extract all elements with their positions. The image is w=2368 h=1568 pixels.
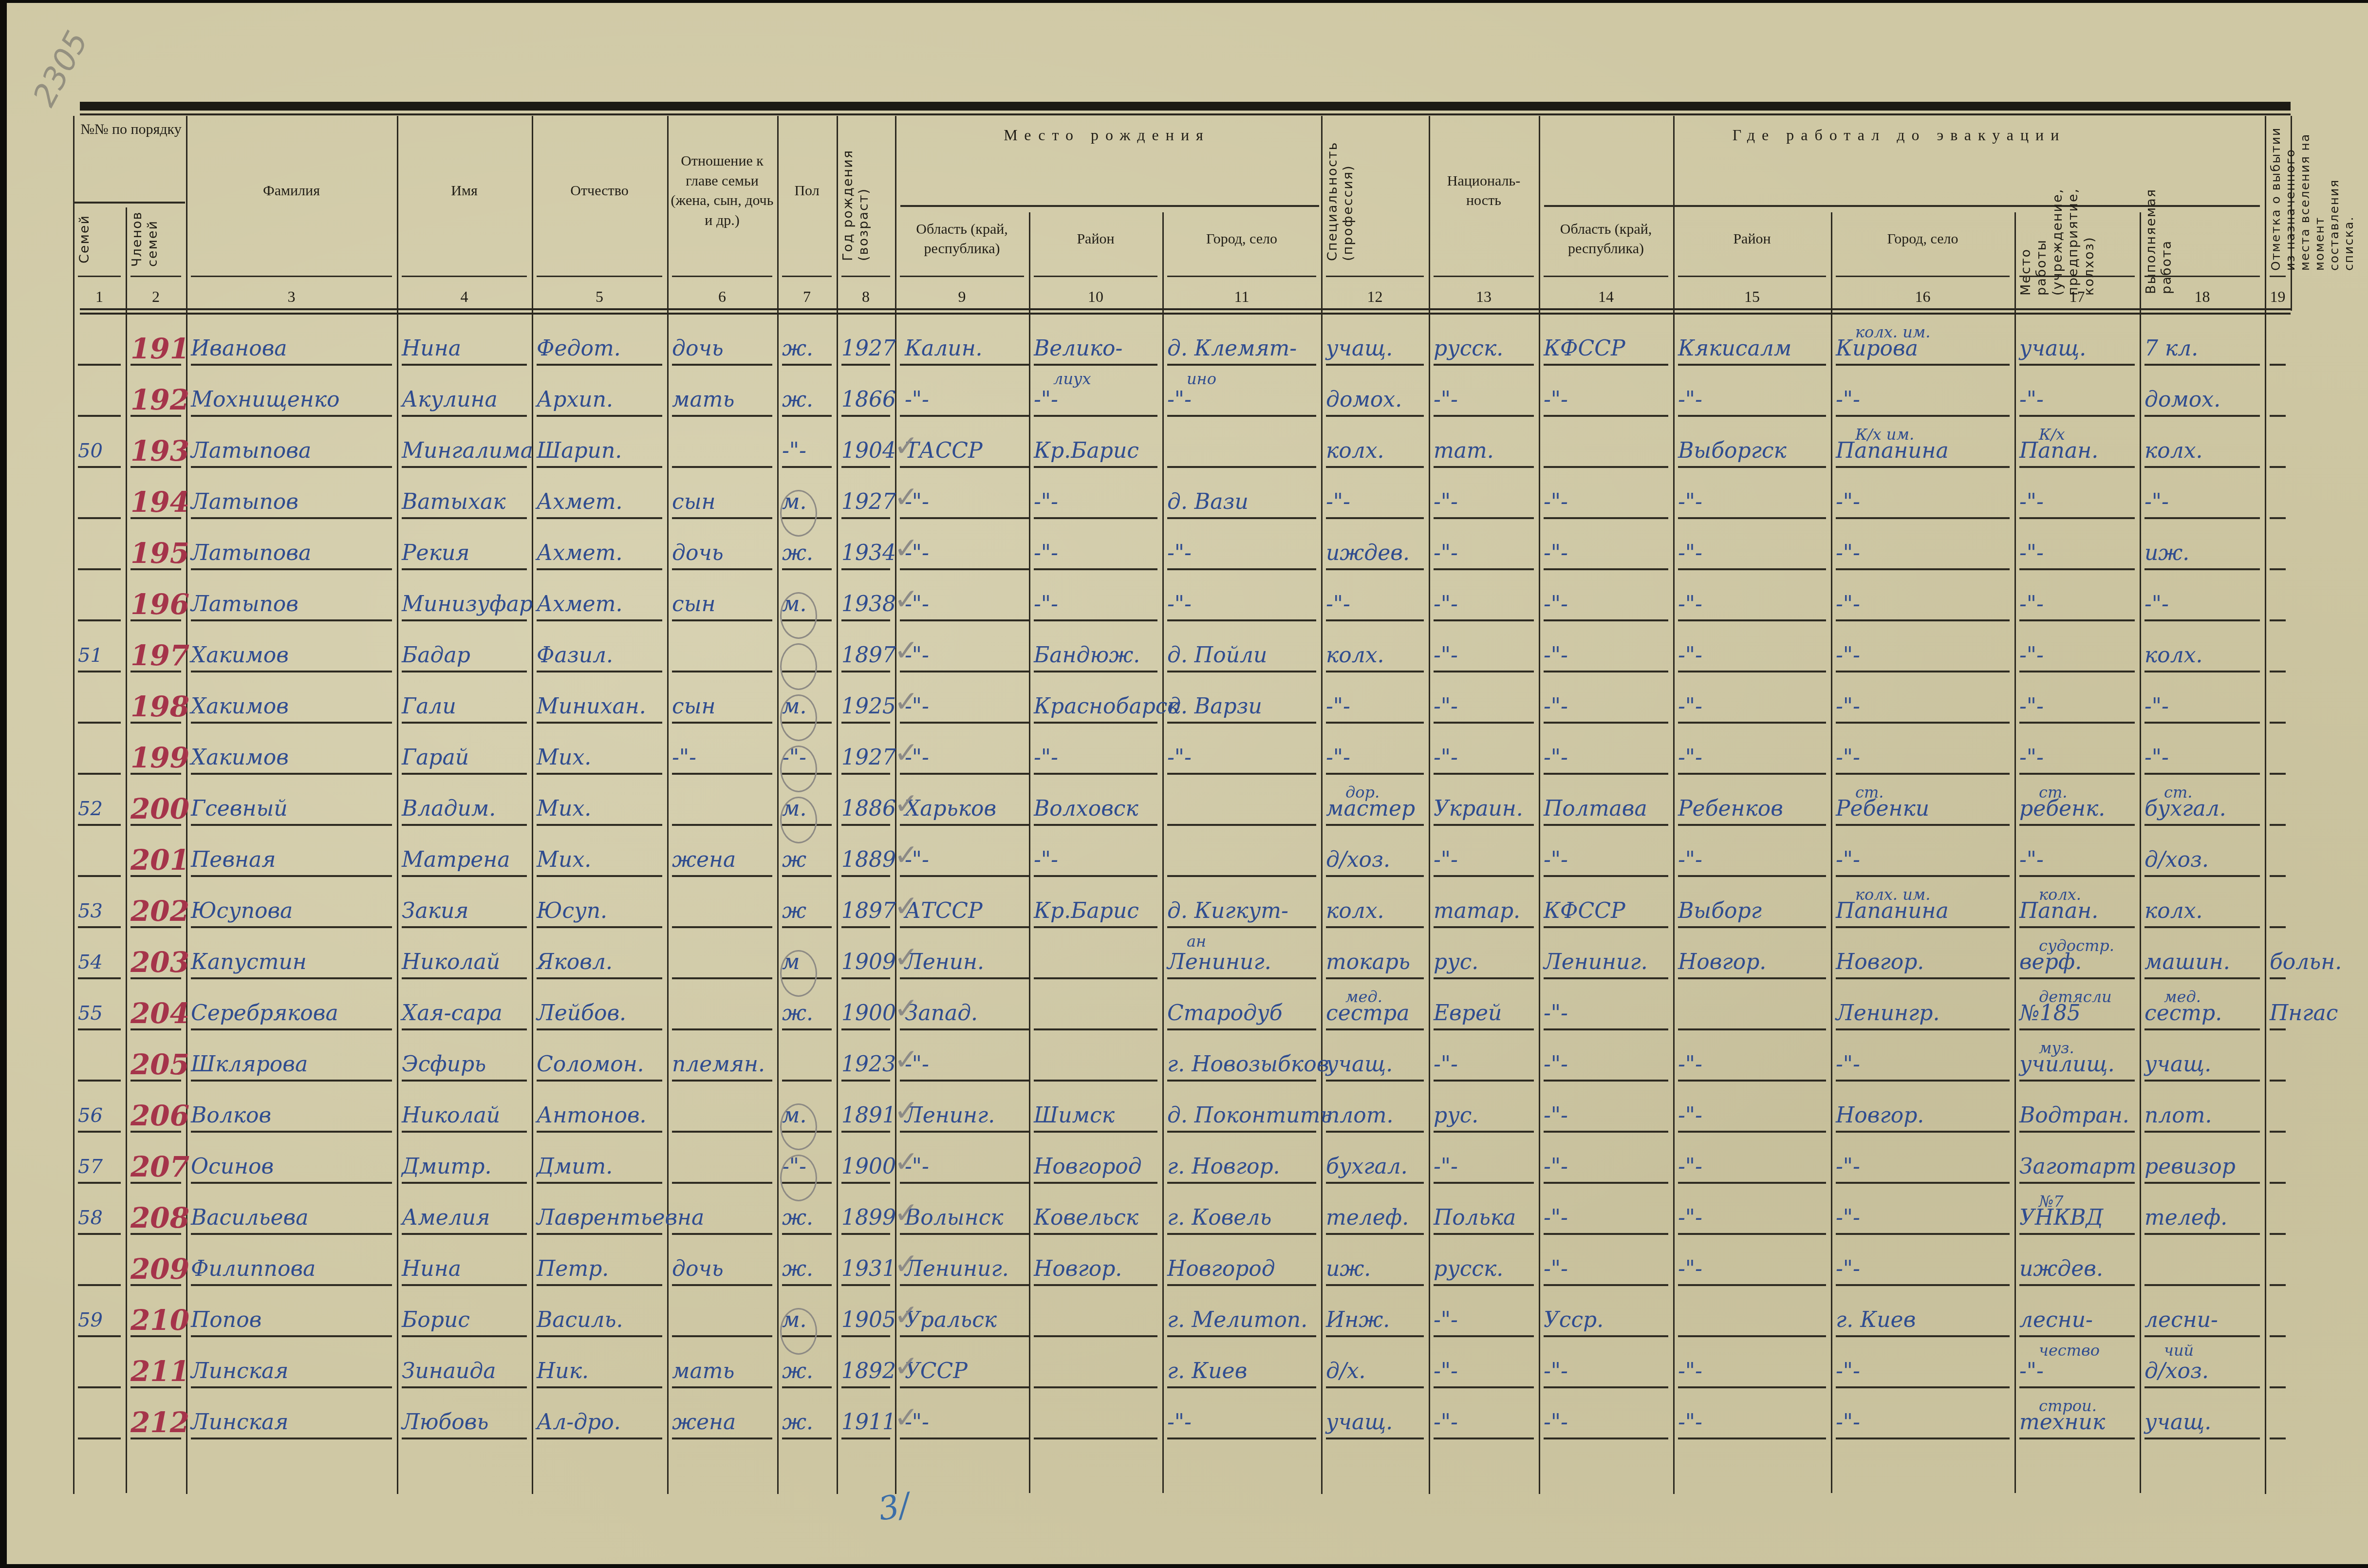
birth-town-text: г. Новозыбков — [1167, 1052, 1329, 1077]
work-town-annotation: ст. — [1855, 778, 1883, 806]
birth-region-cell: -"-✓ — [900, 692, 1029, 724]
workplace-text: -"- — [2019, 541, 2044, 565]
birth-year-text: 1938 — [841, 592, 896, 616]
birth-district-text: -"- — [1034, 592, 1058, 616]
column-number-15: 15 — [1673, 288, 1831, 306]
work-region-cell: -"- — [1544, 488, 1668, 519]
birth-district-cell: -"- — [1034, 846, 1157, 877]
work-region-text: -"- — [1544, 1154, 1568, 1179]
patronymic-cell: Федот. — [537, 335, 662, 366]
job-cell: 7 кл. — [2144, 335, 2260, 366]
birth-year-text: 1904 — [841, 438, 896, 463]
patronymic-text: Василь. — [537, 1307, 623, 1332]
relation-text: жена — [672, 1410, 736, 1435]
family-number-cell: 50 — [78, 437, 121, 468]
work-district-cell: -"- — [1678, 386, 1826, 417]
job-text: машин. — [2144, 950, 2230, 974]
sex-cell: ж — [782, 897, 832, 928]
departure-note-cell — [2270, 488, 2286, 519]
birth-town-cell: д. Кигкут-ан — [1167, 897, 1316, 928]
nationality-text: -"- — [1434, 489, 1458, 514]
pencil-check-icon: ✓ — [894, 892, 918, 920]
first-name-text: Николай — [402, 950, 500, 974]
work-district-text: Выборгск — [1678, 438, 1787, 463]
workplace-text: Заготарт — [2019, 1154, 2136, 1179]
birth-district-cell — [1034, 999, 1157, 1030]
workplace-annotation: колх. — [2039, 880, 2081, 909]
workplace-text: -"- — [2019, 387, 2044, 412]
work-district-cell: -"- — [1678, 846, 1826, 877]
sex-cell: ж. — [782, 386, 832, 417]
surname-text: Юсупова — [191, 898, 293, 923]
birth-district-text: Кр.Барис — [1034, 898, 1139, 923]
surname-text: Певная — [191, 847, 276, 872]
column-header-10: Район — [1032, 212, 1159, 266]
pencil-check-icon: ✓ — [894, 943, 918, 971]
first-name-cell: Николай — [402, 948, 527, 979]
job-cell: колх. — [2144, 437, 2260, 468]
work-region-cell: -"- — [1544, 386, 1668, 417]
member-number-text: 194 — [131, 485, 189, 519]
birth-town-cell: д. Поконтить — [1167, 1101, 1316, 1133]
surname-cell: Хакимов — [191, 692, 392, 724]
birth-district-cell: -"- — [1034, 386, 1157, 417]
birth-town-text: д. Поконтить — [1167, 1103, 1332, 1128]
family-number-cell: 55 — [78, 999, 121, 1030]
nationality-text: -"- — [1434, 1154, 1458, 1179]
work-district-text: Выборг — [1678, 898, 1762, 923]
relation-cell — [672, 1153, 772, 1184]
specialty-text: -"- — [1326, 592, 1350, 616]
first-name-cell: Нина — [402, 335, 527, 366]
workplace-text: -"- — [2019, 592, 2044, 616]
patronymic-text: Лейбов. — [537, 1001, 626, 1026]
work-town-cell: -"- — [1836, 488, 2010, 519]
birth-year-cell: 1886 — [841, 795, 890, 826]
work-town-cell: ПапанинаК/х им. — [1836, 437, 2010, 468]
column-header-18: Выполняемая работа — [2144, 222, 2261, 261]
birth-year-text: 1886 — [841, 796, 896, 821]
census-sheet: 2305 №№ по порядкуМесто рожденияГде рабо… — [7, 3, 2368, 1566]
work-region-cell: -"- — [1544, 1050, 1668, 1082]
table-row: 191ИвановаНинаФедот.дочьж.1927Калин.Вели… — [7, 319, 2218, 371]
member-number-cell: 191 — [131, 335, 181, 366]
sex-cell: ж. — [782, 539, 832, 570]
specialty-text: учащ. — [1326, 1410, 1393, 1435]
pencil-check-icon: ✓ — [894, 483, 918, 511]
nationality-text: рус. — [1434, 950, 1478, 974]
work-district-cell: -"- — [1678, 1153, 1826, 1184]
member-number-text: 211 — [131, 1355, 189, 1388]
job-cell: машин. — [2144, 948, 2260, 979]
birth-district-cell: Кр.Барис — [1034, 897, 1157, 928]
job-cell: плот. — [2144, 1101, 2260, 1133]
relation-cell: племян. — [672, 1050, 772, 1082]
birth-region-cell: -"-✓ — [900, 539, 1029, 570]
table-row: 56206ВолковНиколайАнтонов.м.1891Ленинг.✓… — [7, 1086, 2218, 1138]
relation-cell: мать — [672, 386, 772, 417]
work-town-text: -"- — [1836, 541, 1860, 565]
birth-region-cell: Лениниг.✓ — [900, 1255, 1029, 1286]
job-cell: -"- — [2144, 590, 2260, 621]
specialty-text: плот. — [1326, 1103, 1394, 1128]
relation-cell: сын — [672, 488, 772, 519]
birth-year-cell: 1904 — [841, 437, 890, 468]
column-header-rule — [2144, 276, 2260, 277]
workplace-text: -"- — [2019, 694, 2044, 719]
job-cell: сестр.мед. — [2144, 999, 2260, 1030]
relation-cell — [672, 999, 772, 1030]
birth-town-text: -"- — [1167, 745, 1192, 770]
job-cell: учащ. — [2144, 1050, 2260, 1082]
sex-cell: м — [782, 948, 832, 979]
column-number-12: 12 — [1321, 288, 1429, 306]
member-number-cell: 197 — [131, 641, 181, 672]
birth-town-cell: -"- — [1167, 1408, 1316, 1439]
work-district-text: -"- — [1678, 1359, 1702, 1383]
workplace-text: -"- — [2019, 489, 2044, 514]
nationality-text: -"- — [1434, 592, 1458, 616]
first-name-text: Рекия — [402, 541, 469, 565]
first-name-text: Закия — [402, 898, 468, 923]
family-number-cell — [78, 335, 121, 366]
work-town-annotation: колх. им. — [1855, 880, 1930, 909]
job-text: телеф. — [2144, 1205, 2227, 1230]
sex-cell: м. — [782, 795, 832, 826]
birth-town-text: Лениниг. — [1167, 950, 1271, 974]
departure-note-cell — [2270, 1408, 2286, 1439]
sex-cell: ж. — [782, 1357, 832, 1388]
job-text: плот. — [2144, 1103, 2212, 1128]
work-town-text: -"- — [1836, 1205, 1860, 1230]
relation-cell — [672, 1101, 772, 1133]
patronymic-cell: Лаврентьевна — [537, 1204, 662, 1235]
group-rule — [73, 202, 185, 204]
family-number-cell — [78, 846, 121, 877]
nationality-cell: -"- — [1434, 692, 1534, 724]
specialty-cell: телеф. — [1326, 1204, 1424, 1235]
work-region-text: -"- — [1544, 1103, 1568, 1128]
table-row: 211ЛинскаяЗинаидаНик.матьж.1892УССР✓г. К… — [7, 1342, 2218, 1393]
family-number-cell: 51 — [78, 641, 121, 672]
column-number-2: 2 — [126, 288, 186, 306]
job-text: домох. — [2144, 387, 2220, 412]
table-row: 212ЛинскаяЛюбовьАл-дро.женаж.1911-"-✓-"-… — [7, 1393, 2218, 1444]
specialty-cell: д/х. — [1326, 1357, 1424, 1388]
member-number-text: 192 — [131, 383, 189, 416]
column-header-13: Националь-ность — [1432, 116, 1536, 266]
work-district-cell: -"- — [1678, 1255, 1826, 1286]
member-number-text: 206 — [131, 1099, 189, 1132]
pencil-check-icon: ✓ — [894, 1403, 918, 1432]
birth-town-text: -"- — [1167, 541, 1192, 565]
job-cell: -"- — [2144, 744, 2260, 775]
family-number-text: 59 — [78, 1309, 103, 1331]
pencil-check-icon: ✓ — [894, 841, 918, 869]
birth-town-text: -"- — [1167, 592, 1192, 616]
member-number-cell: 210 — [131, 1306, 181, 1337]
work-district-text: Ребенков — [1678, 796, 1783, 821]
birth-town-text: г. Киев — [1167, 1359, 1247, 1383]
birth-district-cell: Шимск — [1034, 1101, 1157, 1133]
workplace-cell: ребенк.ст. — [2019, 795, 2135, 826]
job-annotation: ст. — [2164, 778, 2192, 806]
work-town-text: -"- — [1836, 592, 1860, 616]
nationality-cell: -"- — [1434, 539, 1534, 570]
relation-text: мать — [672, 387, 734, 412]
pencil-check-icon: ✓ — [894, 534, 918, 562]
surname-cell: Филиппова — [191, 1255, 392, 1286]
work-town-cell: Новгор. — [1836, 1101, 2010, 1133]
pencil-check-icon: ✓ — [894, 1301, 918, 1329]
column-number-19: 19 — [2265, 288, 2291, 306]
work-district-cell: Ребенков — [1678, 795, 1826, 826]
specialty-cell: токарь — [1326, 948, 1424, 979]
work-region-text: -"- — [1544, 541, 1568, 565]
pencil-check-icon: ✓ — [894, 585, 918, 614]
birth-year-cell: 1905 — [841, 1306, 890, 1337]
first-name-cell: Ватыхак — [402, 488, 527, 519]
work-region-cell: -"- — [1544, 1153, 1668, 1184]
column-number-7: 7 — [777, 288, 837, 306]
work-town-cell: г. Киев — [1836, 1306, 2010, 1337]
birth-town-cell: д. Вази — [1167, 488, 1316, 519]
patronymic-text: Мих. — [537, 796, 591, 821]
birth-region-cell: Запад.✓ — [900, 999, 1029, 1030]
member-number-text: 212 — [131, 1406, 189, 1439]
surname-text: Хакимов — [191, 643, 289, 668]
patronymic-text: Ник. — [537, 1359, 589, 1383]
sex-text: ж. — [782, 541, 813, 565]
column-number-5: 5 — [532, 288, 667, 306]
birth-year-text: 1934 — [841, 541, 896, 565]
member-number-cell: 192 — [131, 386, 181, 417]
patronymic-text: Ахмет. — [537, 489, 622, 514]
relation-cell — [672, 948, 772, 979]
specialty-text: д/хоз. — [1326, 847, 1390, 872]
birth-year-text: 1891 — [841, 1103, 896, 1128]
column-header-rule — [1678, 276, 1826, 277]
departure-note-cell — [2270, 590, 2286, 621]
first-name-text: Владим. — [402, 796, 496, 821]
departure-note-cell — [2270, 795, 2286, 826]
surname-text: Латыпов — [191, 489, 298, 514]
birth-region-cell: Калин. — [900, 335, 1029, 366]
first-name-text: Гали — [402, 694, 456, 719]
work-district-cell: -"- — [1678, 590, 1826, 621]
work-town-text: -"- — [1836, 1052, 1860, 1077]
first-name-cell: Рекия — [402, 539, 527, 570]
specialty-text: учащ. — [1326, 1052, 1393, 1077]
patronymic-text: Фазил. — [537, 643, 613, 668]
column-number-13: 13 — [1429, 288, 1539, 306]
nationality-cell: русск. — [1434, 1255, 1534, 1286]
work-region-cell: -"- — [1544, 539, 1668, 570]
table-row: 57207ОсиновДмитр.Дмит.-"-1900-"-✓Новгоро… — [7, 1138, 2218, 1189]
patronymic-text: Федот. — [537, 336, 621, 361]
nationality-cell: Полька — [1434, 1204, 1534, 1235]
birth-town-cell: Новгород — [1167, 1255, 1316, 1286]
nationality-cell: русск. — [1434, 335, 1534, 366]
workplace-cell: УНКВД№7 — [2019, 1204, 2135, 1235]
relation-text: сын — [672, 489, 715, 514]
column-number-1: 1 — [73, 288, 126, 306]
job-cell: бухгал.ст. — [2144, 795, 2260, 826]
nationality-cell: Еврей — [1434, 999, 1534, 1030]
nationality-text: -"- — [1434, 541, 1458, 565]
pencil-check-icon: ✓ — [894, 790, 918, 818]
specialty-text: телеф. — [1326, 1205, 1409, 1230]
first-name-text: Нина — [402, 1256, 461, 1281]
workplace-text: лесни- — [2019, 1307, 2093, 1332]
sex-cell — [782, 641, 832, 672]
family-number-cell: 57 — [78, 1153, 121, 1184]
nationality-cell: -"- — [1434, 488, 1534, 519]
first-name-text: Борис — [402, 1307, 470, 1332]
nationality-cell: -"- — [1434, 1153, 1534, 1184]
surname-text: Мохнищенко — [191, 387, 340, 412]
member-number-text: 201 — [131, 843, 189, 877]
nationality-cell: Украин. — [1434, 795, 1534, 826]
column-header-9: Область (край, республика) — [898, 212, 1026, 266]
family-number-text: 52 — [78, 798, 103, 820]
family-number-text: 57 — [78, 1156, 103, 1178]
column-header-rule — [537, 276, 662, 277]
specialty-annotation: дор. — [1345, 778, 1380, 806]
relation-cell: сын — [672, 590, 772, 621]
work-town-text: -"- — [1836, 847, 1860, 872]
nationality-cell: -"- — [1434, 590, 1534, 621]
patronymic-cell: Соломон. — [537, 1050, 662, 1082]
group-header-birthplace: Место рождения — [895, 125, 1319, 146]
work-region-text: Полтава — [1544, 796, 1647, 821]
column-number-11: 11 — [1162, 288, 1321, 306]
specialty-cell: учащ. — [1326, 335, 1424, 366]
pencil-check-icon: ✓ — [894, 1148, 918, 1176]
work-town-cell: -"- — [1836, 641, 2010, 672]
birth-town-cell: д. Клемят-ино — [1167, 335, 1316, 366]
column-number-8: 8 — [837, 288, 895, 306]
job-text: ревизор — [2144, 1154, 2236, 1179]
birth-region-cell: -"-✓ — [900, 1408, 1029, 1439]
birth-district-cell: -"- — [1034, 590, 1157, 621]
workplace-cell: Папан.колх. — [2019, 897, 2135, 928]
work-town-cell: -"- — [1836, 1255, 2010, 1286]
column-header-11: Город, село — [1165, 212, 1318, 266]
pencil-check-icon: ✓ — [894, 1045, 918, 1074]
work-district-text: -"- — [1678, 1103, 1702, 1128]
nationality-text: татар. — [1434, 898, 1520, 923]
birth-town-text: г. Ковель — [1167, 1205, 1271, 1230]
birth-year-text: 1866 — [841, 387, 896, 412]
birth-year-text: 1925 — [841, 694, 896, 719]
work-region-cell: КФССР — [1544, 897, 1668, 928]
nationality-text: -"- — [1434, 387, 1458, 412]
patronymic-cell: Ахмет. — [537, 539, 662, 570]
specialty-cell: учащ. — [1326, 1408, 1424, 1439]
work-town-text: Новгор. — [1836, 950, 1924, 974]
patronymic-cell: Антонов. — [537, 1101, 662, 1133]
specialty-text: колх. — [1326, 438, 1384, 463]
job-cell: телеф. — [2144, 1204, 2260, 1235]
nationality-cell: тат. — [1434, 437, 1534, 468]
work-region-text: -"- — [1544, 1052, 1568, 1077]
specialty-cell: домох. — [1326, 386, 1424, 417]
workplace-cell: -"- — [2019, 692, 2135, 724]
birth-town-cell: г. Мелитоп. — [1167, 1306, 1316, 1337]
work-region-cell: Полтава — [1544, 795, 1668, 826]
birth-year-cell: 1891 — [841, 1101, 890, 1133]
member-number-cell: 211 — [131, 1357, 181, 1388]
patronymic-text: Яковл. — [537, 950, 613, 974]
table-row: 50193ЛатыповаМингалимаШарип.-"-1904ТАССР… — [7, 422, 2218, 473]
specialty-cell: учащ. — [1326, 1050, 1424, 1082]
column-header-rule — [1836, 276, 2010, 277]
column-number-6: 6 — [667, 288, 777, 306]
relation-cell — [672, 1204, 772, 1235]
work-district-text: Новгор. — [1678, 950, 1766, 974]
sex-cell: ж — [782, 846, 832, 877]
pencil-check-icon: ✓ — [894, 432, 918, 460]
family-number-cell — [78, 539, 121, 570]
first-name-text: Эсфирь — [402, 1052, 486, 1077]
first-name-text: Нина — [402, 336, 461, 361]
relation-cell — [672, 437, 772, 468]
table-row: 196ЛатыповМинизуфарАхмет.сынм.1938-"-✓-"… — [7, 575, 2218, 626]
departure-note-cell — [2270, 1101, 2286, 1133]
work-region-cell: -"- — [1544, 590, 1668, 621]
member-number-cell: 198 — [131, 692, 181, 724]
workplace-text: Водтран. — [2019, 1103, 2129, 1128]
birth-year-cell: 1934 — [841, 539, 890, 570]
birth-town-cell: Лениниг. — [1167, 948, 1316, 979]
patronymic-cell: Юсуп. — [537, 897, 662, 928]
job-cell: д/хоз. — [2144, 846, 2260, 877]
workplace-annotation: детясли — [2039, 983, 2112, 1011]
member-number-cell: 203 — [131, 948, 181, 979]
birth-year-text: 1900 — [841, 1001, 896, 1026]
birth-town-text: -"- — [1167, 387, 1192, 412]
sex-cell: м. — [782, 692, 832, 724]
specialty-cell: иж. — [1326, 1255, 1424, 1286]
group-rule — [900, 205, 1319, 207]
first-name-cell: Николай — [402, 1101, 527, 1133]
work-town-text: -"- — [1836, 1256, 1860, 1281]
header-bottom-rule-2 — [80, 313, 2291, 315]
work-district-text: -"- — [1678, 1256, 1702, 1281]
column-header-5: Отчество — [535, 116, 664, 266]
work-region-cell: Лениниг. — [1544, 948, 1668, 979]
work-district-text: -"- — [1678, 1410, 1702, 1435]
top-thin-rule — [80, 113, 2291, 115]
work-town-text: г. Киев — [1836, 1307, 1916, 1332]
birth-district-text: -"- — [1034, 489, 1058, 514]
work-region-cell: -"- — [1544, 846, 1668, 877]
birth-region-cell: Уральск✓ — [900, 1306, 1029, 1337]
patronymic-text: Ал-дро. — [537, 1410, 621, 1435]
work-region-cell: -"- — [1544, 1255, 1668, 1286]
column-header-16: Город, село — [1834, 212, 2012, 266]
birth-town-text: д. Клемят- — [1167, 336, 1297, 361]
birth-town-text: -"- — [1167, 1410, 1192, 1435]
member-number-text: 202 — [131, 895, 189, 928]
surname-text: Шклярова — [191, 1052, 308, 1077]
birth-year-text: 1897 — [841, 898, 896, 923]
birth-region-cell: -"- — [900, 386, 1029, 417]
specialty-text: колх. — [1326, 898, 1384, 923]
specialty-cell: колх. — [1326, 897, 1424, 928]
birth-district-text: Бандюж. — [1034, 643, 1140, 668]
